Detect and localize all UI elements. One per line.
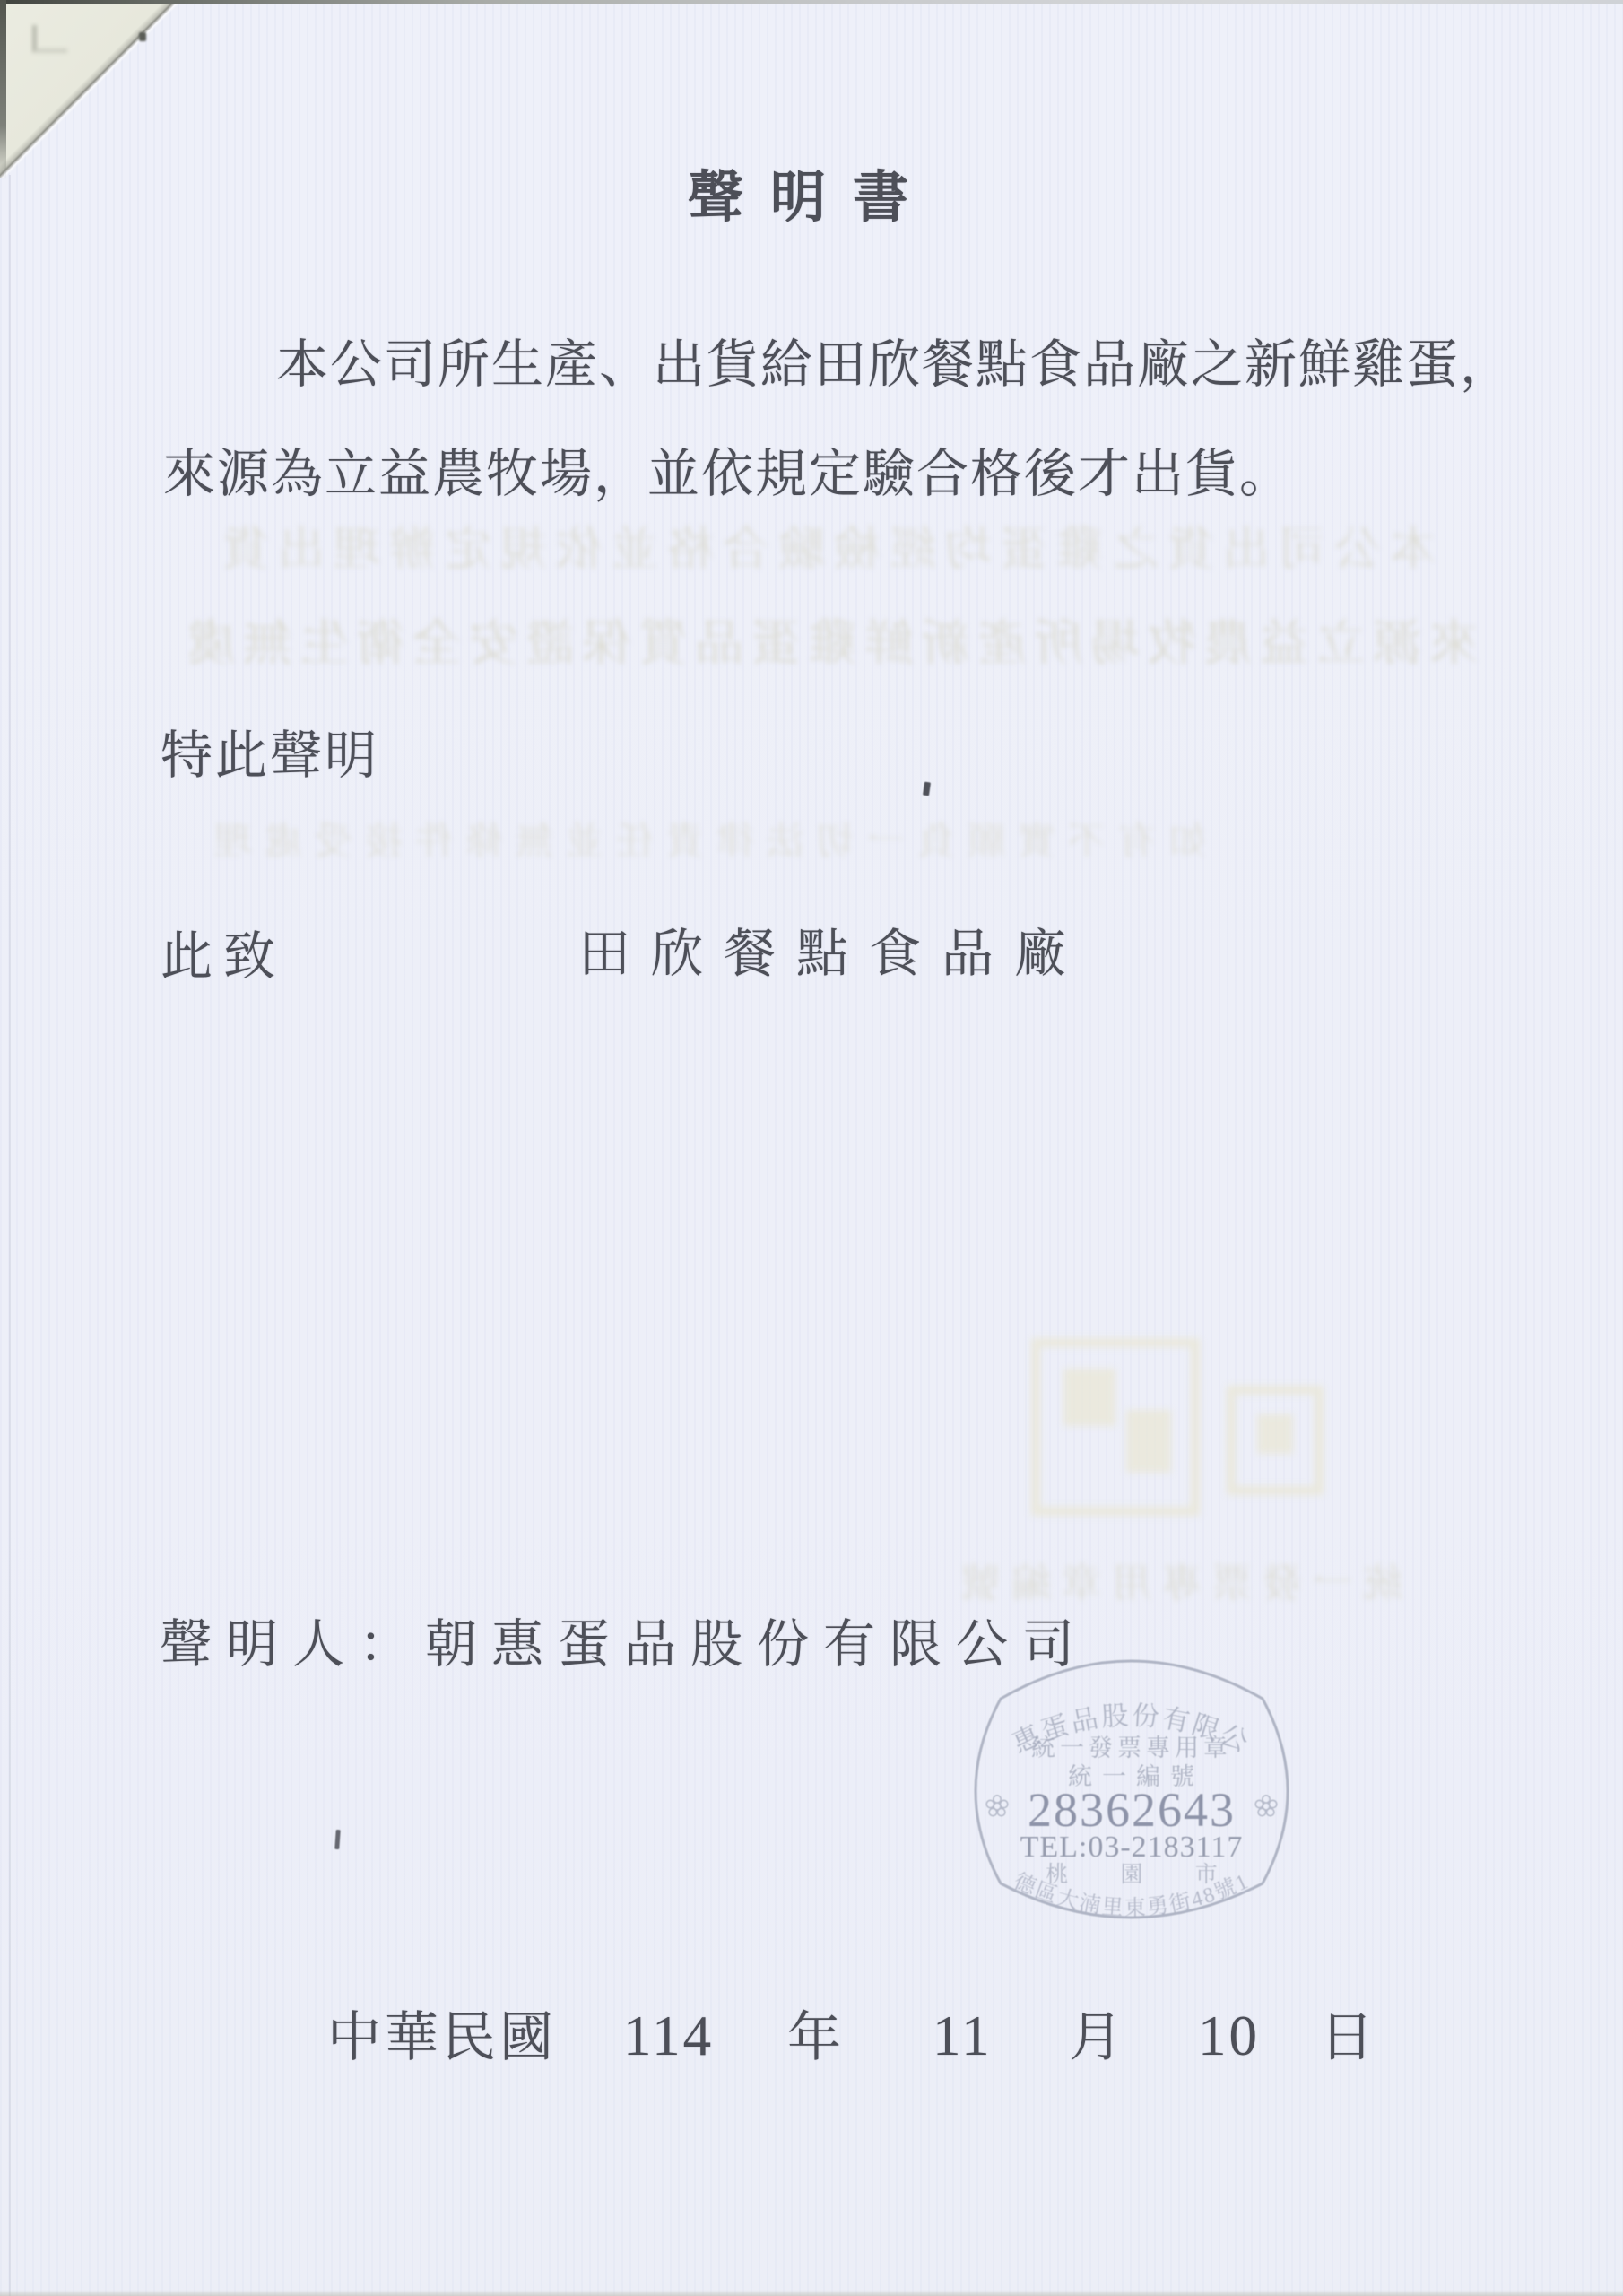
closing-statement: 特此聲明 [161, 730, 379, 782]
date-month-value: 11 [933, 2008, 993, 2065]
fold-crease-mark [32, 25, 67, 53]
ink-speck [923, 782, 931, 796]
scan-bottom-edge [0, 2290, 1623, 2296]
scan-top-edge [0, 0, 1623, 4]
declarant-line: 聲明人：朝惠蛋品股份有限公司 [160, 1619, 1089, 1671]
scan-left-edge [0, 0, 6, 179]
stamp-phone: TEL:03-2183117 [1020, 1831, 1244, 1864]
bleed-through-row: 如有不實願負一切法律責任並無條件接受處理 [202, 823, 1206, 861]
date-day-value: 10 [1198, 2008, 1260, 2065]
staple-mark [139, 32, 146, 41]
stamp-tax-id-number: 28362643 [1028, 1783, 1236, 1837]
date-month-unit: 月 [1069, 2011, 1123, 2065]
scanned-declaration-page: 本公司出貨之雞蛋均經檢驗合格並依規定辦理出貨 來源立益農牧場所產新鮮雞蛋品質保證… [0, 0, 1623, 2296]
bleed-through-row: 來源立益農牧場所產新鮮雞蛋品質保證安全衛生無虞 [179, 619, 1479, 668]
document-title: 聲明書 [0, 170, 1623, 226]
addressee-name: 田欣餐點食品廠 [578, 928, 1087, 980]
body-line-1: 本公司所生產、出貨給田欣餐點食品廠之新鮮雞蛋， [276, 339, 1514, 391]
declarant-label: 聲明人： [160, 1615, 425, 1674]
bleed-through-stamp [1227, 1386, 1324, 1495]
body-line-2: 來源為立益農牧場，並依規定驗合格後才出貨。 [163, 448, 1293, 500]
flower-ornament-right-icon [1255, 1796, 1277, 1816]
paper-edge-line [9, 175, 11, 2296]
date-era: 中華民國 [327, 2011, 557, 2065]
date-year-value: 114 [623, 2008, 714, 2065]
addressee-label: 此致 [161, 931, 286, 983]
bleed-through-row: 本公司出貨之雞蛋均經檢驗合格並依規定辦理出貨 [213, 527, 1436, 574]
flower-ornament-left-icon [986, 1796, 1008, 1816]
date-year-unit: 年 [787, 2011, 841, 2065]
ink-speck [334, 1830, 341, 1849]
bleed-through-stamp [1031, 1338, 1200, 1516]
date-day-unit: 日 [1320, 2011, 1374, 2065]
bleed-through-row: 統一發票專用章編號 [950, 1564, 1402, 1604]
company-stamp: 朝惠蛋品股份有限公司 統一發票專用章 統一編號 28362643 TEL:03-… [974, 1659, 1289, 1921]
stamp-seal-type: 統一發票專用章 [1031, 1735, 1232, 1761]
folded-corner [0, 0, 178, 178]
